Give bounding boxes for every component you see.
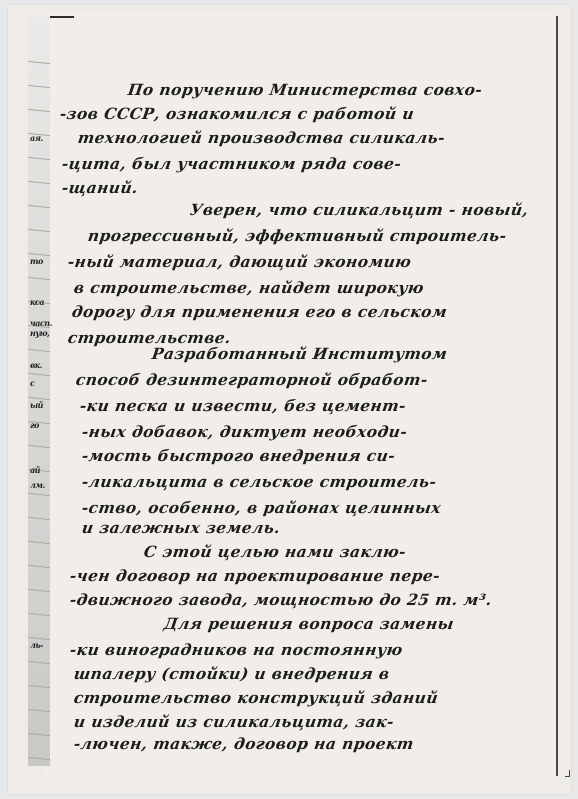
text-line: Разработанный Институтом bbox=[151, 344, 449, 363]
text-line: -ных добавок, диктует необходи- bbox=[81, 422, 409, 441]
text-line: Уверен, что силикальцит - новый, bbox=[189, 200, 530, 219]
text-line: -ки виноградников на постоянную bbox=[69, 640, 404, 659]
sheet-right-edge bbox=[556, 16, 558, 776]
margin-fragment: ая. bbox=[30, 133, 43, 143]
text-line: -ликальцита в сельское строитель- bbox=[81, 472, 438, 491]
text-line: По поручению Министерства совхо- bbox=[127, 80, 484, 99]
left-margin-strip bbox=[28, 16, 50, 766]
corner-crop-mark bbox=[565, 770, 570, 777]
text-line: С этой целью нами заклю- bbox=[143, 542, 408, 561]
margin-fragment: вк. bbox=[30, 360, 42, 370]
text-line: -зов СССР, ознакомился с работой и bbox=[59, 104, 416, 123]
text-line: -лючен, также, договор на проект bbox=[73, 734, 415, 753]
margin-fragment: лм. bbox=[30, 480, 45, 490]
text-line: -цита, был участником ряда сове- bbox=[61, 154, 403, 173]
margin-fragment: ную, bbox=[30, 328, 49, 338]
text-line: -ки песка и извести, без цемент- bbox=[79, 396, 408, 415]
text-line: -ство, особенно, в районах целинных bbox=[81, 498, 443, 517]
text-line: -движного завода, мощностью до 25 т. м³. bbox=[69, 590, 494, 609]
margin-fragment: часп. bbox=[30, 318, 52, 328]
margin-fragment: с bbox=[30, 378, 34, 388]
text-line: технологией производства силикаль- bbox=[77, 128, 447, 147]
text-line: способ дезинтеграторной обработ- bbox=[75, 370, 430, 389]
margin-fragment: ый bbox=[30, 400, 43, 410]
text-line: и изделий из силикальцита, зак- bbox=[73, 712, 396, 731]
text-line: шпалеру (стойки) и внедрения в bbox=[73, 664, 391, 683]
margin-fragment: кса bbox=[30, 297, 44, 307]
text-line: Для решения вопроса замены bbox=[163, 614, 456, 633]
margin-fragment: ай bbox=[30, 465, 40, 475]
margin-fragment: то bbox=[30, 256, 43, 266]
text-line: -ный материал, дающий экономию bbox=[67, 252, 413, 271]
margin-fragment: ль- bbox=[30, 640, 43, 650]
text-line: -чен договор на проектирование пере- bbox=[69, 566, 442, 585]
text-line: -щаний. bbox=[61, 178, 140, 197]
text-line: строительство конструкций зданий bbox=[73, 688, 440, 707]
text-line: в строительстве, найдет широкую bbox=[73, 278, 426, 297]
text-line: прогрессивный, эффективный строитель- bbox=[87, 226, 508, 245]
text-line: и залежных земель. bbox=[81, 518, 282, 537]
margin-fragment: го bbox=[30, 420, 39, 430]
text-line: дорогу для применения его в сельском bbox=[71, 302, 449, 321]
text-line: -мость быстрого внедрения си- bbox=[81, 446, 397, 465]
